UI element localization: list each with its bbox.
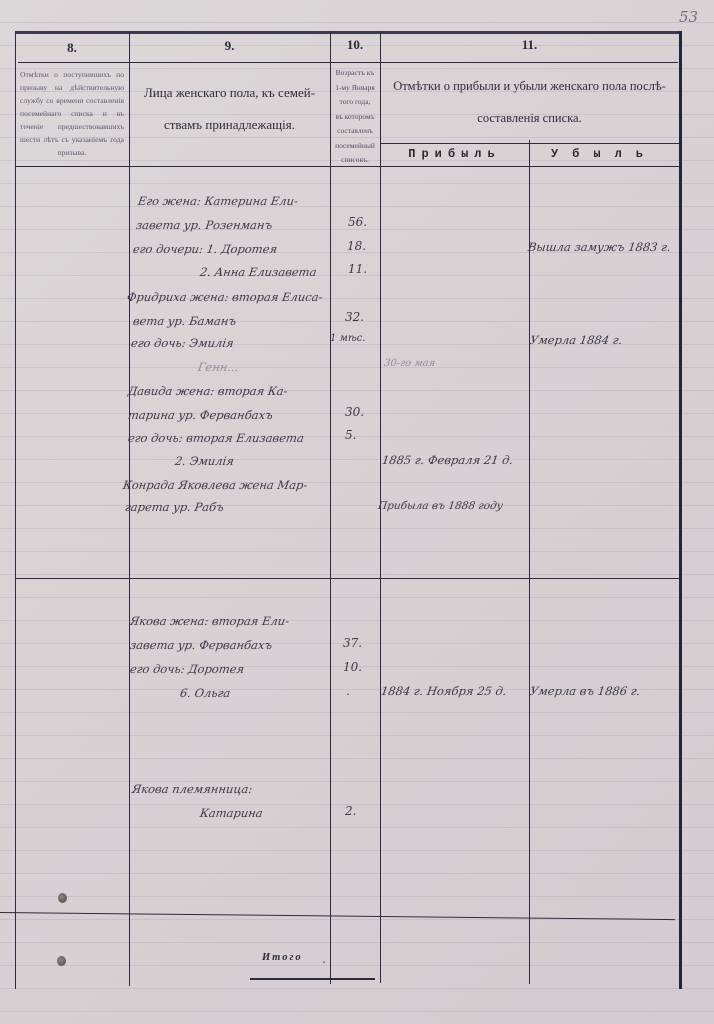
entry-col11-loss: Умерла въ 1886 г.	[529, 684, 641, 698]
entry-col9: его дочь: Доротея	[129, 662, 245, 676]
entry-col9: 2. Эмилія	[174, 454, 235, 468]
entry-col10-age: 1 мѣс.	[330, 333, 365, 344]
entry-col9: Якова племянница:	[131, 782, 253, 796]
total-dot: .	[322, 952, 326, 966]
entry-col10-age: 10.	[343, 660, 362, 674]
entry-col9: завета ур. Розенманъ	[135, 218, 273, 232]
entry-col9: гарета ур. Рабъ	[124, 500, 225, 514]
col10-header-line: того года,	[330, 95, 380, 110]
entry-col10-age: 2.	[345, 804, 356, 818]
entry-col10-age: 18.	[347, 239, 366, 253]
col10-header-text: Возрастъ къ 1-му Января того года, въ ко…	[330, 66, 380, 168]
block-separator	[15, 578, 680, 579]
entry-col9: Давида жена: вторая Ка-	[127, 384, 289, 398]
entry-col9: Генн...	[197, 360, 240, 374]
subheader-rule	[381, 143, 679, 144]
col10-number: 10.	[330, 37, 380, 53]
col11-header-line2: составленія списка.	[380, 102, 679, 134]
binder-hole	[57, 956, 66, 966]
entry-col9: его дочери: 1. Доротея	[132, 242, 278, 256]
entry-col9: 6. Ольга	[179, 686, 231, 700]
entry-col10-age: 32.	[345, 310, 364, 324]
col9-number: 9.	[129, 38, 330, 54]
divider-col9-col10	[330, 31, 331, 984]
entry-col11-gain: 1885 г. Февраля 21 д.	[381, 453, 514, 467]
col10-header-line: 1-му Января	[330, 81, 380, 96]
entry-col9: Катарина	[199, 806, 264, 820]
entry-col9: тарина ур. Ферванбахъ	[127, 408, 274, 422]
entry-col9: его дочь: Эмилія	[130, 336, 235, 350]
col8-header-text: Отмѣтки о поступившихъ по призыву на дѣй…	[20, 68, 124, 159]
entry-col9: вета ур. Баманъ	[132, 314, 237, 328]
col10-header-line: составленъ	[330, 124, 380, 139]
left-border	[15, 31, 16, 989]
entry-col9: Его жена: Катерина Ели-	[137, 194, 299, 208]
entry-col11-loss: Вышла замужъ 1883 г.	[527, 240, 672, 254]
right-border	[679, 31, 682, 989]
entry-col9: Фридриха жена: вторая Елиса-	[126, 290, 323, 304]
page-number: 53	[679, 8, 698, 26]
entry-col9: завета ур. Ферванбахъ	[129, 638, 273, 652]
entry-col9: его дочь: вторая Елизавета	[127, 431, 305, 445]
top-border	[15, 31, 680, 34]
total-label: Итого	[262, 952, 303, 963]
entry-col10-age: 11.	[348, 262, 367, 276]
entry-col10-age: .	[346, 684, 350, 698]
col11-loss-header: Убыль	[529, 147, 679, 161]
col11-gain-header: Прибыль	[380, 147, 529, 161]
entry-col11-gain: 30-го мая	[383, 358, 436, 369]
entry-col9: Конрада Яковлева жена Мар-	[122, 478, 308, 492]
col11-header-line1: Отмѣтки о прибыли и убыли женскаго пола …	[380, 70, 679, 102]
entry-col10-age: 30.	[345, 405, 364, 419]
divider-gain-loss	[529, 140, 530, 984]
col10-header-line: въ которомъ	[330, 110, 380, 125]
footer-rule	[0, 912, 675, 920]
total-underline	[250, 978, 375, 980]
entry-col9: 2. Анна Елизавета	[199, 265, 317, 279]
entry-col11-gain: 1884 г. Ноября 25 д.	[380, 684, 507, 698]
col9-header-line1: Лица женскаго пола, къ семей-	[129, 78, 330, 108]
entry-col10-age: 37.	[343, 636, 362, 650]
col10-header-line: списокъ.	[330, 153, 380, 168]
binder-hole	[58, 893, 67, 903]
header-number-rule	[18, 62, 678, 63]
entry-col10-age: 56.	[348, 215, 367, 229]
entry-col11-gain: Прибыла въ 1888 году	[377, 500, 503, 512]
register-page: 53 8. Отмѣтки о поступившихъ по призыву …	[0, 0, 714, 1024]
entry-col9: Якова жена: вторая Ели-	[129, 614, 290, 628]
entry-col10-age: 5.	[345, 428, 356, 442]
entry-col11-loss: Умерла 1884 г.	[529, 333, 623, 347]
col11-number: 11.	[380, 37, 679, 53]
col10-header-line: Возрастъ къ	[330, 66, 380, 81]
col8-number: 8.	[15, 40, 129, 56]
col10-header-line: посемейный	[330, 139, 380, 154]
col9-header-line2: ствамъ принадлежащія.	[129, 110, 330, 140]
